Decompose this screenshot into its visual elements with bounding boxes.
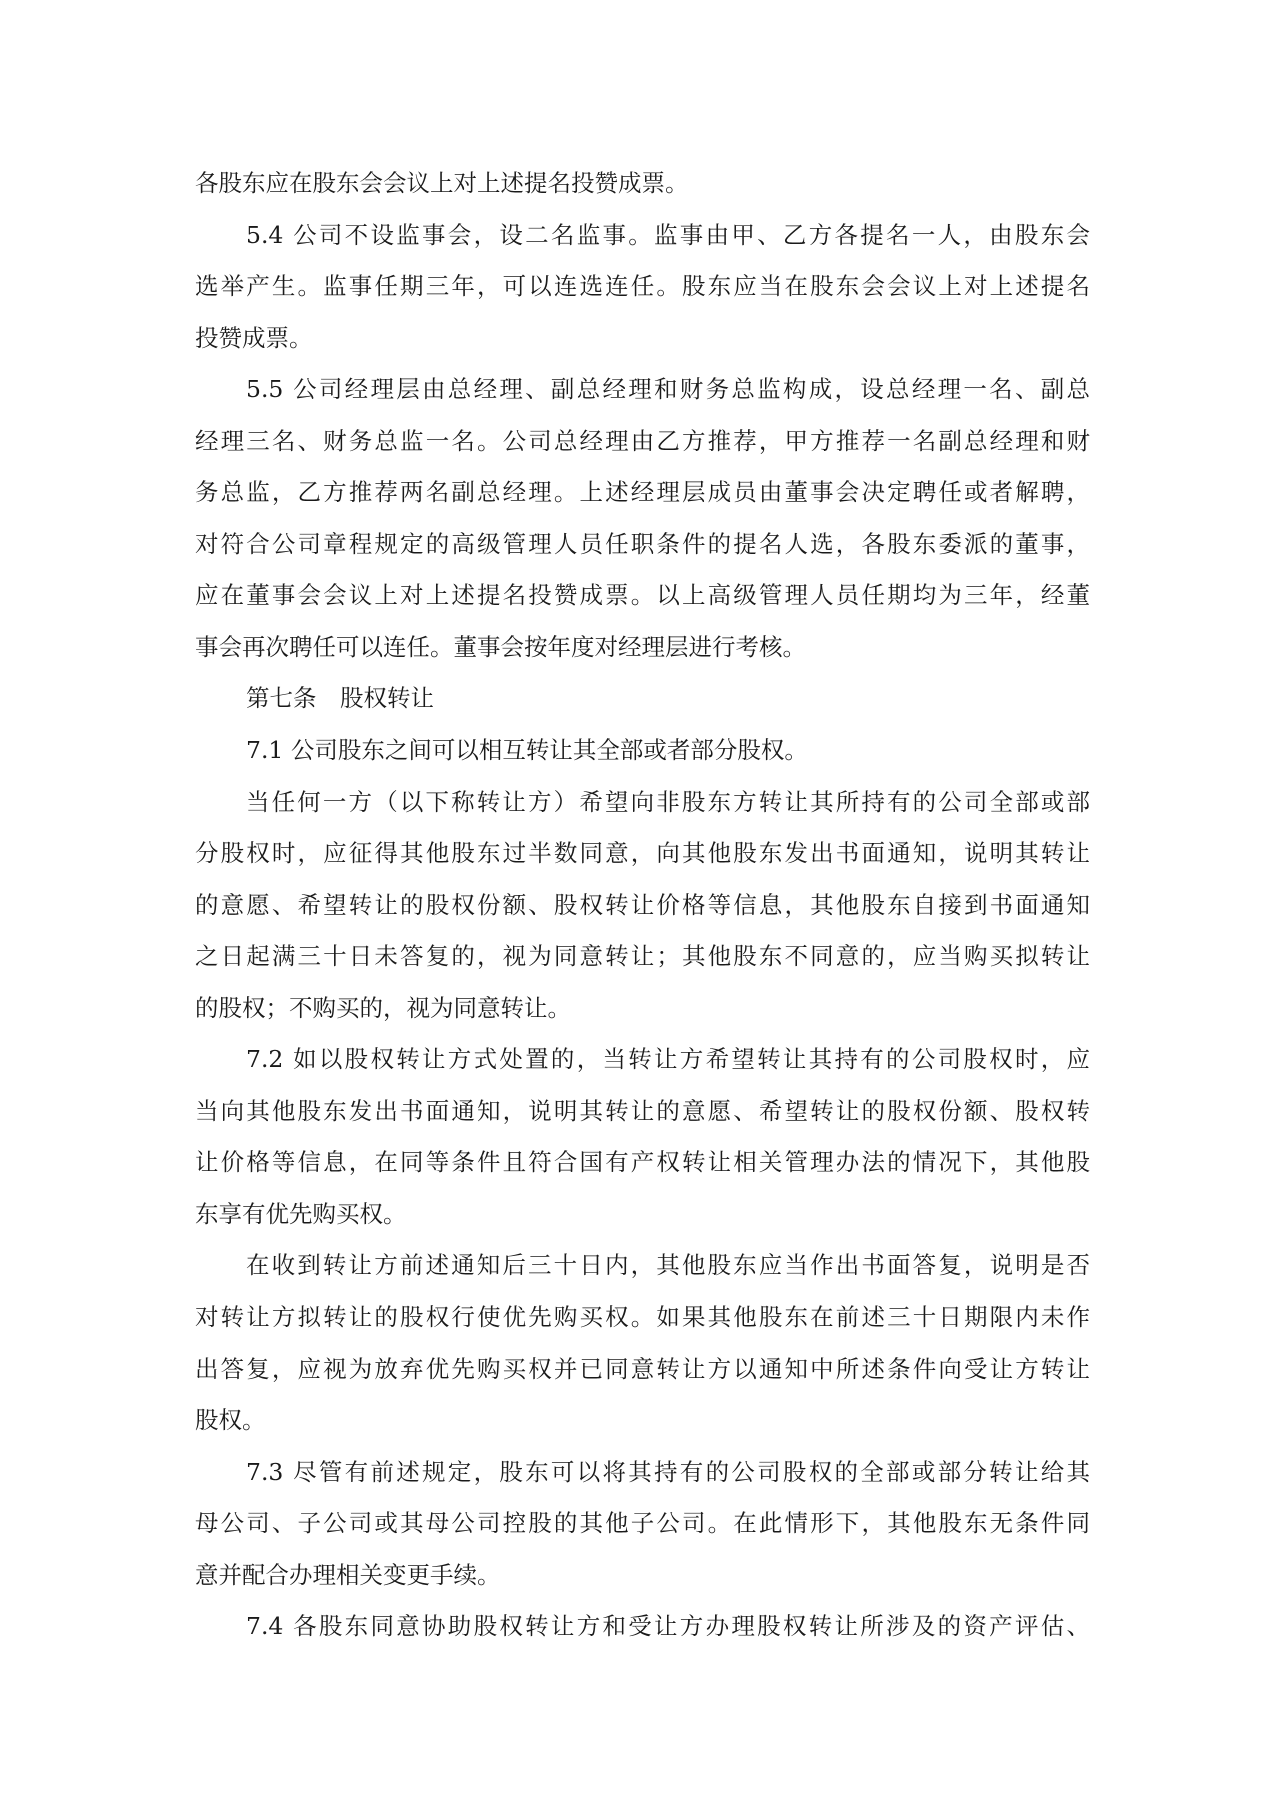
text-line: 对符合公司章程规定的高级管理人员任职条件的提名人选，各股东委派的董事， bbox=[195, 527, 1090, 579]
text-line: 务总监，乙方推荐两名副总经理。上述经理层成员由董事会决定聘任或者解聘， bbox=[195, 475, 1090, 527]
clause-7-2: 7.2 如以股权转让方式处置的，当转让方希望转让其持有的公司股权时，应 bbox=[195, 1042, 1090, 1094]
paragraph-reply-period: 在收到转让方前述通知后三十日内，其他股东应当作出书面答复，说明是否 bbox=[195, 1248, 1090, 1300]
text-line: 意并配合办理相关变更手续。 bbox=[195, 1558, 1090, 1610]
text-line: 经理三名、财务总监一名。公司总经理由乙方推荐，甲方推荐一名副总经理和财 bbox=[195, 424, 1090, 476]
clause-5-5: 5.5 公司经理层由总经理、副总经理和财务总监构成，设总经理一名、副总 bbox=[195, 372, 1090, 424]
text-line: 股权。 bbox=[195, 1403, 1090, 1455]
text-line: 分股权时，应征得其他股东过半数同意，向其他股东发出书面通知，说明其转让 bbox=[195, 836, 1090, 888]
clause-5-4: 5.4 公司不设监事会，设二名监事。监事由甲、乙方各提名一人，由股东会 bbox=[195, 218, 1090, 270]
document-page: 各股东应在股东会会议上对上述提名投赞成票。 5.4 公司不设监事会，设二名监事。… bbox=[195, 166, 1095, 1661]
paragraph-transfer-to-non-shareholder: 当任何一方（以下称转让方）希望向非股东方转让其所持有的公司全部或部 bbox=[195, 785, 1090, 837]
text-line: 母公司、子公司或其母公司控股的其他子公司。在此情形下，其他股东无条件同 bbox=[195, 1506, 1090, 1558]
clause-7-1: 7.1 公司股东之间可以相互转让其全部或者部分股权。 bbox=[195, 733, 1090, 785]
text-line: 的意愿、希望转让的股权份额、股权转让价格等信息，其他股东自接到书面通知 bbox=[195, 888, 1090, 940]
text-line: 事会再次聘任可以连任。董事会按年度对经理层进行考核。 bbox=[195, 630, 1090, 682]
text-line: 之日起满三十日未答复的，视为同意转让；其他股东不同意的，应当购买拟转让 bbox=[195, 939, 1090, 991]
text-line: 各股东应在股东会会议上对上述提名投赞成票。 bbox=[195, 166, 1090, 218]
text-line: 出答复，应视为放弃优先购买权并已同意转让方以通知中所述条件向受让方转让 bbox=[195, 1352, 1090, 1404]
article-7-heading: 第七条 股权转让 bbox=[195, 681, 1090, 733]
text-line: 投赞成票。 bbox=[195, 321, 1090, 373]
text-line: 让价格等信息，在同等条件且符合国有产权转让相关管理办法的情况下，其他股 bbox=[195, 1145, 1090, 1197]
clause-7-3: 7.3 尽管有前述规定，股东可以将其持有的公司股权的全部或部分转让给其 bbox=[195, 1455, 1090, 1507]
clause-7-4: 7.4 各股东同意协助股权转让方和受让方办理股权转让所涉及的资产评估、 bbox=[195, 1609, 1090, 1661]
text-line: 选举产生。监事任期三年，可以连选连任。股东应当在股东会会议上对上述提名 bbox=[195, 269, 1090, 321]
text-line: 东享有优先购买权。 bbox=[195, 1197, 1090, 1249]
text-line: 当向其他股东发出书面通知，说明其转让的意愿、希望转让的股权份额、股权转 bbox=[195, 1094, 1090, 1146]
text-line: 的股权；不购买的，视为同意转让。 bbox=[195, 991, 1090, 1043]
text-line: 对转让方拟转让的股权行使优先购买权。如果其他股东在前述三十日期限内未作 bbox=[195, 1300, 1090, 1352]
text-line: 应在董事会会议上对上述提名投赞成票。以上高级管理人员任期均为三年，经董 bbox=[195, 578, 1090, 630]
